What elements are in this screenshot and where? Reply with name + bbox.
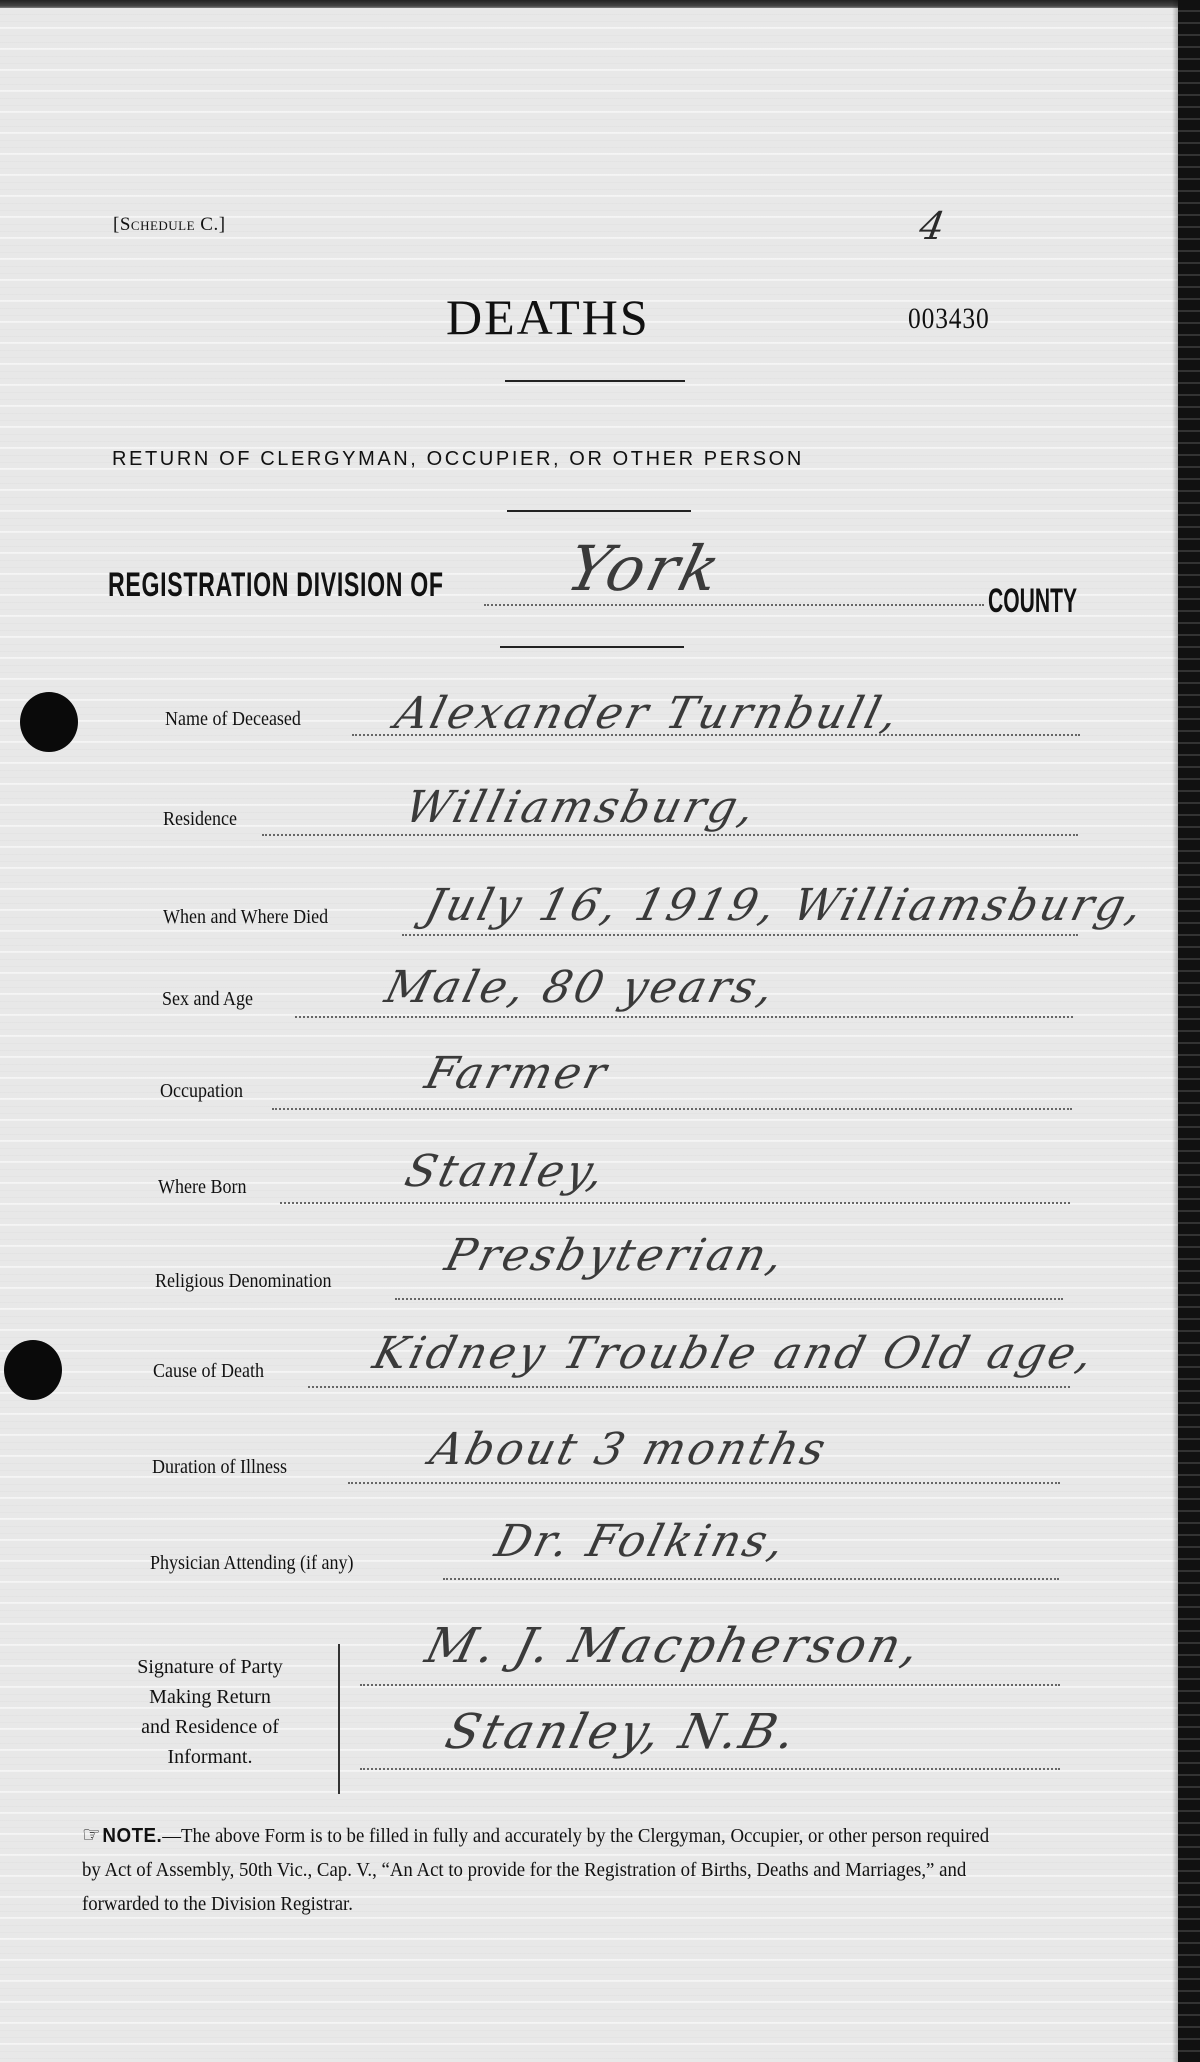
signature-label-line: Making Return: [100, 1682, 320, 1712]
field-label-when-and-where-died: When and Where Died: [163, 906, 328, 929]
signature-residence: Stanley, N.B.: [440, 1704, 804, 1760]
field-value-cause-of-death: Kidney Trouble and Old age,: [368, 1328, 1101, 1379]
field-value-where-born: Stanley,: [400, 1146, 612, 1197]
field-line: [443, 1578, 1059, 1580]
punch-hole: [20, 692, 78, 752]
field-line: [262, 834, 1078, 836]
form-subtitle: RETURN OF CLERGYMAN, OCCUPIER, OR OTHER …: [112, 448, 804, 471]
field-value-name-of-deceased: Alexander Turnbull,: [390, 688, 906, 739]
signature-label-line: Signature of Party: [100, 1652, 320, 1682]
divider: [500, 646, 684, 648]
handwritten-page-number: 4: [916, 204, 948, 248]
field-label-physician-attending: Physician Attending (if any): [150, 1552, 353, 1575]
field-line: [308, 1386, 1070, 1388]
death-return-form: [Schedule C.] 4 DEATHS 003430 RETURN OF …: [0, 8, 1178, 2062]
punch-hole: [4, 1340, 62, 1400]
registration-division-value: York: [560, 532, 730, 605]
signature-line: [360, 1684, 1060, 1686]
page-title: DEATHS: [446, 288, 650, 346]
signature-label-line: Informant.: [100, 1742, 320, 1772]
schedule-label: [Schedule C.]: [113, 214, 226, 236]
pointing-hand-icon: ☞: [82, 1818, 101, 1852]
field-line: [272, 1108, 1072, 1110]
divider: [505, 380, 685, 382]
field-label-occupation: Occupation: [160, 1080, 243, 1103]
scan-right-edge: [1178, 0, 1200, 2062]
field-label-sex-and-age: Sex and Age: [162, 988, 253, 1011]
field-label-religious-denomination: Religious Denomination: [155, 1270, 331, 1293]
field-value-duration-of-illness: About 3 months: [425, 1424, 833, 1475]
field-label-residence: Residence: [163, 808, 237, 831]
signature-label: Signature of Party Making Return and Res…: [100, 1652, 320, 1772]
field-label-duration-of-illness: Duration of Illness: [152, 1456, 287, 1479]
field-line: [395, 1298, 1063, 1300]
field-line: [295, 1016, 1073, 1018]
field-value-when-and-where-died: July 16, 1919, Williamsburg,: [420, 880, 1150, 931]
county-label: COUNTY: [988, 582, 1077, 621]
serial-number: 003430: [908, 302, 990, 336]
field-label-where-born: Where Born: [158, 1176, 246, 1199]
note-text: —The above Form is to be filled in fully…: [82, 1825, 989, 1915]
field-line: [348, 1482, 1060, 1484]
field-value-religious-denomination: Presbyterian,: [440, 1230, 791, 1281]
signature-name: M. J. Macpherson,: [420, 1618, 928, 1674]
registration-division-label: REGISTRATION DIVISION OF: [108, 566, 444, 605]
signature-label-line: and Residence of: [100, 1712, 320, 1742]
field-label-name-of-deceased: Name of Deceased: [165, 708, 301, 731]
field-value-residence: Williamsburg,: [400, 782, 763, 833]
note-heading: NOTE.: [102, 1825, 162, 1847]
field-value-sex-and-age: Male, 80 years,: [380, 962, 782, 1013]
field-line: [402, 934, 1078, 936]
divider: [507, 510, 691, 512]
form-note: ☞NOTE.—The above Form is to be filled in…: [82, 1818, 1003, 1921]
signature-residence-line: [360, 1768, 1060, 1770]
signature-bracket: [338, 1644, 340, 1794]
field-line: [280, 1202, 1070, 1204]
field-label-cause-of-death: Cause of Death: [153, 1360, 264, 1383]
field-value-occupation: Farmer: [420, 1048, 614, 1099]
field-value-physician-attending: Dr. Folkins,: [490, 1516, 792, 1567]
